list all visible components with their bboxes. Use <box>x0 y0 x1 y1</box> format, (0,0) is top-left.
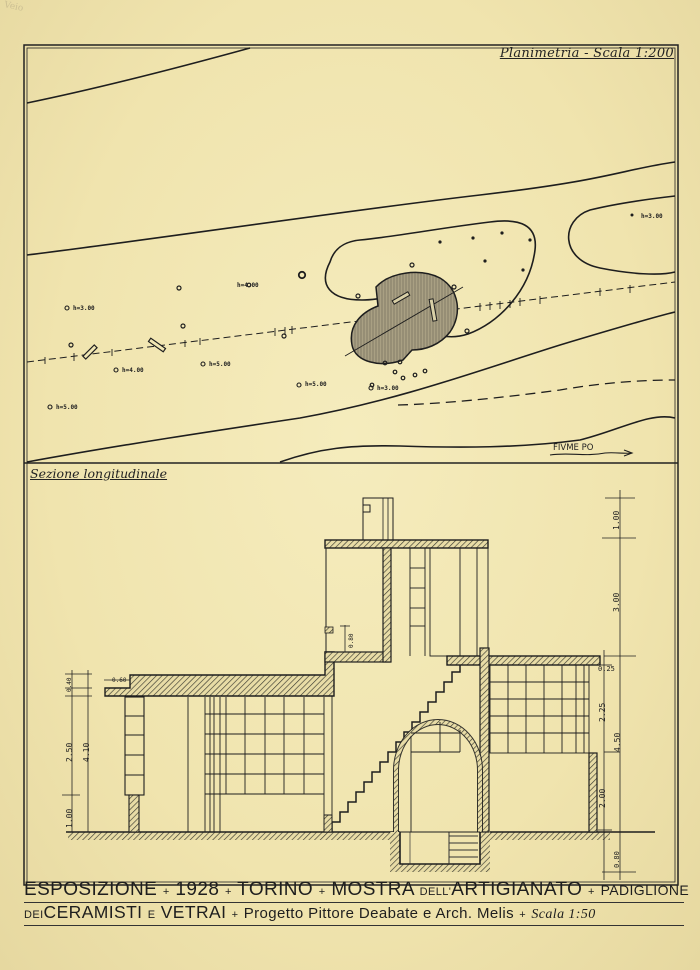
plan-title: Planimetria - Scala 1:200 <box>500 46 674 61</box>
dim-right-slab: 0.25 <box>598 665 615 673</box>
dim-right-top: 1.00 <box>612 511 621 530</box>
dim-right-mid: 2.25 <box>598 703 607 722</box>
architectural-drawing <box>0 0 700 970</box>
spot-height-label: h=3.00 <box>641 213 663 220</box>
caption-ceramisti: CERAMISTI <box>44 902 143 922</box>
caption-year: 1928 <box>175 879 219 900</box>
dock-markers <box>83 338 166 359</box>
caption-artigianato: ARTIGIANATO <box>451 879 582 900</box>
section-axis-line <box>27 282 675 364</box>
spot-height-label: h=3.00 <box>73 305 95 312</box>
dim-interior: 0.80 <box>348 634 355 648</box>
dim-right-total: 4.50 <box>613 733 622 752</box>
caption-scale: Scala 1:50 <box>531 907 595 922</box>
dim-left-cornice: 0.60 <box>112 677 126 684</box>
dimension-lines-left <box>62 625 350 832</box>
sheet-frame <box>24 45 678 885</box>
spot-height-label: h=4.00 <box>237 282 259 289</box>
caption-line-1: ESPOSIZIONE + 1928 + TORINO + MOSTRA DEL… <box>24 880 684 903</box>
spot-height-label: h=5.00 <box>209 361 231 368</box>
dim-left-upper: 2.50 <box>65 743 74 762</box>
pavilion-footprint <box>345 272 463 363</box>
spot-height-circles <box>48 306 373 409</box>
dimension-lines-right <box>598 490 636 880</box>
caption-city: TORINO <box>237 879 313 900</box>
caption-exhibition: ESPOSIZIONE <box>24 879 157 900</box>
dim-left-lower: 1.00 <box>65 809 74 828</box>
spot-height-label: h=3.00 <box>377 385 399 392</box>
caption-authors: Progetto Pittore Deabate e Arch. Melis <box>244 905 514 922</box>
spot-height-label: h=5.00 <box>305 381 327 388</box>
dim-right-lower: 2.00 <box>598 789 607 808</box>
site-plan <box>27 48 675 462</box>
caption-mostra: MOSTRA <box>331 879 414 900</box>
dim-left-total: 4.10 <box>82 743 91 762</box>
caption-line-2: DEICERAMISTI E VETRAI + Progetto Pittore… <box>24 902 684 926</box>
section-title: Sezione longitudinale <box>30 466 167 481</box>
river-label: FIVME PO <box>553 443 593 453</box>
spot-height-label: h=5.00 <box>56 404 78 411</box>
spot-height-label: h=4.00 <box>122 367 144 374</box>
dim-right-upper: 3.00 <box>612 593 621 612</box>
section-drawing <box>66 498 655 872</box>
caption-padiglione: PADIGLIONE <box>601 882 690 898</box>
dim-right-foundation: 0.80 <box>613 851 621 868</box>
caption-vetrai: VETRAI <box>161 902 227 922</box>
dim-left-slab: 0.40 <box>66 678 73 692</box>
